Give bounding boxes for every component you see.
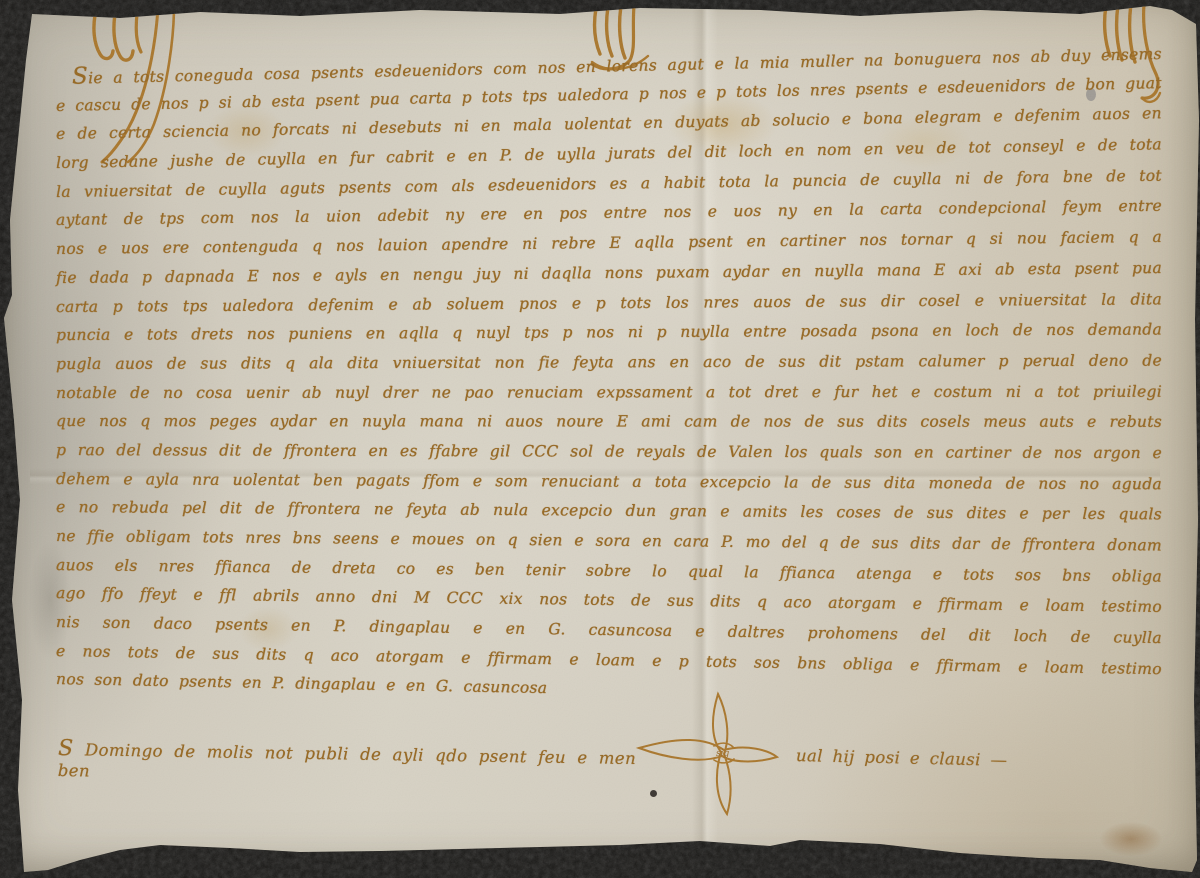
manuscript-line: que nos q mos peges aydar en nuyla mana … [56,407,1162,436]
manuscript-line: puncia e tots drets nos puniens en aqlla… [56,316,1162,350]
manuscript-line: pugla auos de sus dits q ala dita vniuer… [56,346,1162,378]
manuscript-line: p rao del dessus dit de ffrontera en es … [56,436,1162,468]
notarial-signum-icon: sig [636,690,786,820]
signum-monogram: sig [716,749,729,759]
photo-background: Sie a tots coneguda cosa psents esdeueni… [0,0,1200,878]
manuscript-text: Sie a tots coneguda cosa psents esdeueni… [56,63,1162,694]
manuscript-line: notable de no cosa uenir ab nuyl drer ne… [56,377,1162,407]
stain [1100,822,1162,856]
notary-subscription-left: S Domingo de molis not publi de ayli qdo… [58,736,637,789]
parchment-document: Sie a tots coneguda cosa psents esdeueni… [0,0,1200,878]
notary-subscription-right: ual hij posi e clausi — [796,746,1126,772]
